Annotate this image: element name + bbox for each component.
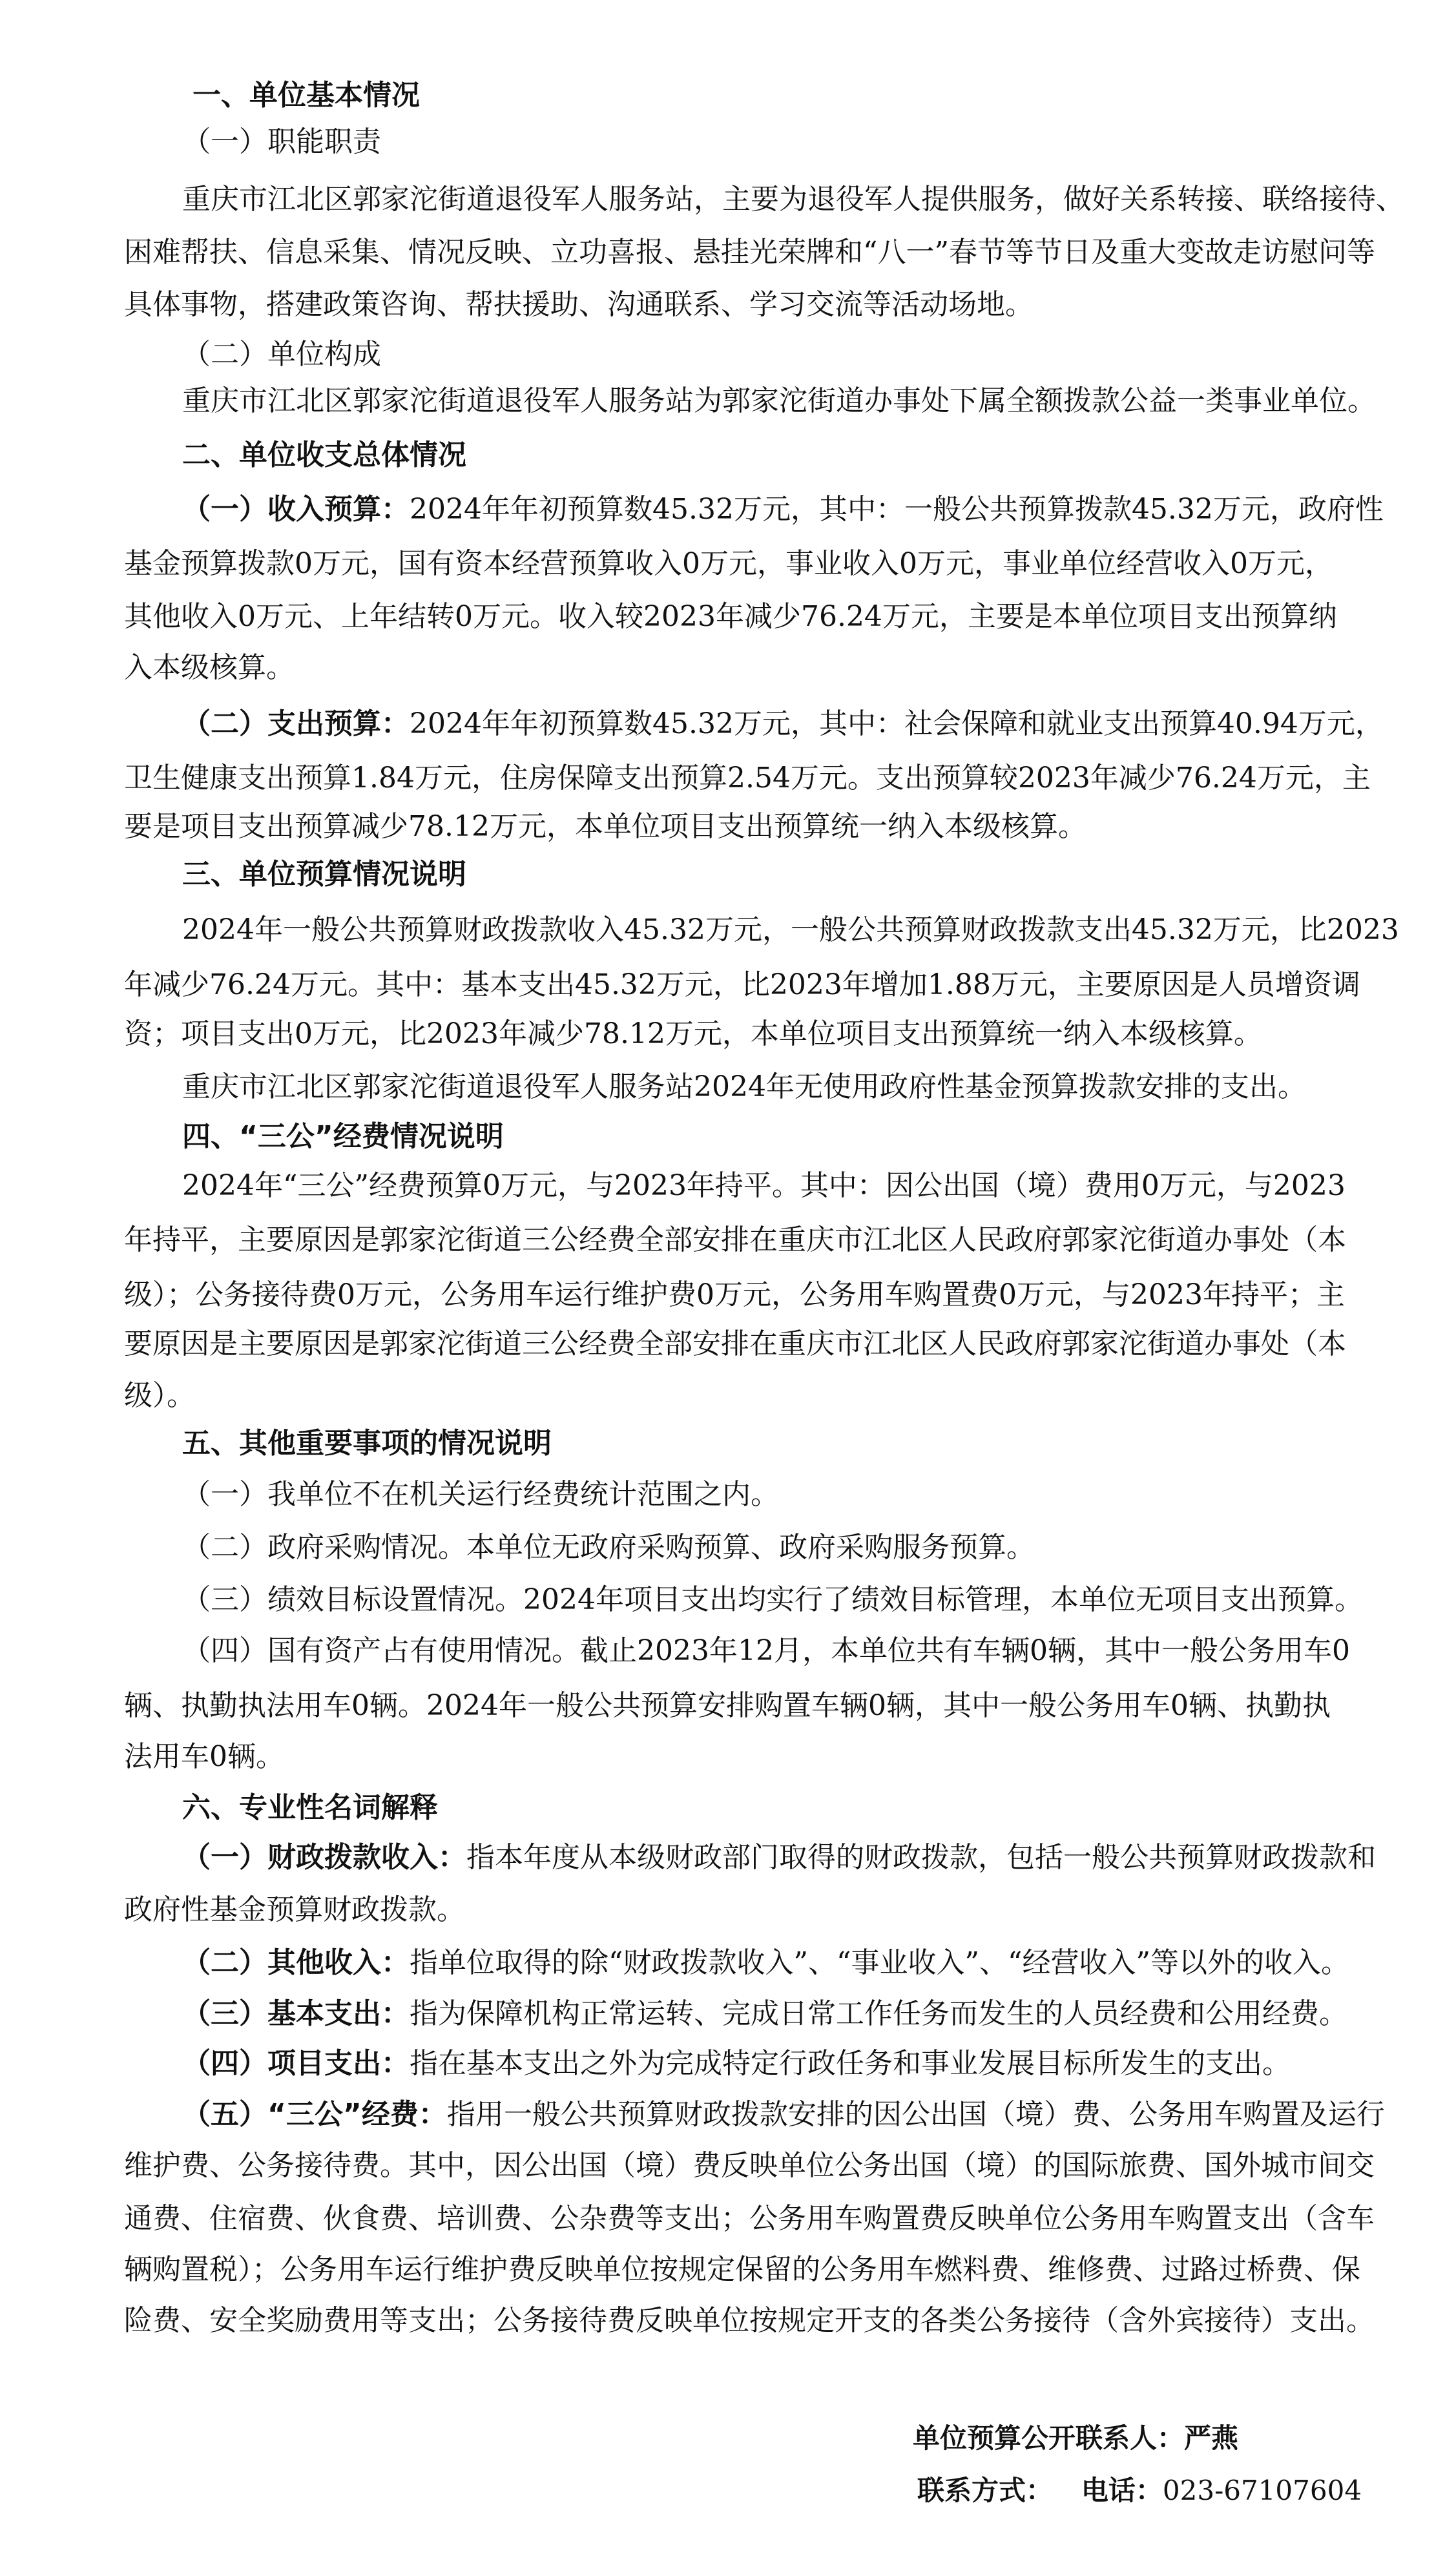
paragraph-line: 要是项目支出预算减少78.12万元，本单位项目支出预算统一纳入本级核算。 [124, 807, 1323, 846]
paragraph-line: 重庆市江北区郭家沱街道退役军人服务站，主要为退役军人提供服务，做好关系转接、联络… [182, 180, 1323, 219]
paragraph-line: 辆购置税）；公务用车运行维护费反映单位按规定保留的公务用车燃料费、维修费、过路过… [124, 2250, 1323, 2289]
paragraph-line: 年持平，主要原因是郭家沱街道三公经费全部安排在重庆市江北区人民政府郭家沱街道办事… [124, 1221, 1323, 1260]
section-1-title: 一、单位基本情况 [192, 76, 420, 115]
paragraph-line: （二）政府采购情况。本单位无政府采购预算、政府采购服务预算。 [182, 1528, 1323, 1567]
paragraph-line: 其他收入0万元、上年结转0万元。收入较2023年减少76.24万元，主要是本单位… [124, 597, 1323, 636]
expense-budget-lead: （二）支出预算： [182, 707, 410, 740]
paragraph-line: 卫生健康支出预算1.84万元，住房保障支出预算2.54万元。支出预算较2023年… [124, 759, 1323, 798]
contact-method: 联系方式： 电话：023-67107604 [917, 2471, 1362, 2510]
paragraph-line: 维护费、公务接待费。其中，因公出国（境）费反映单位公务出国（境）的国际旅费、国外… [124, 2146, 1323, 2185]
contact-phone: 023-67107604 [1163, 2475, 1362, 2506]
term-other-income: （二）其他收入：指单位取得的除“财政拨款收入”、“事业收入”、“经营收入”等以外… [182, 1944, 1323, 1982]
section-5-title: 五、其他重要事项的情况说明 [182, 1424, 552, 1463]
term-basic-expenditure: （三）基本支出：指为保障机构正常运转、完成日常工作任务而发生的人员经费和公用经费… [182, 1995, 1323, 2033]
paragraph-line: 通费、住宿费、伙食费、培训费、公杂费等支出；公务用车购置费反映单位公务用车购置支… [124, 2199, 1323, 2238]
paragraph-line: （一）我单位不在机关运行经费统计范围之内。 [182, 1475, 1323, 1514]
term-fiscal-appropriation: （一）财政拨款收入：指本年度从本级财政部门取得的财政拨款，包括一般公共预算财政拨… [182, 1838, 1323, 1877]
paragraph-line: 险费、安全奖励费用等支出；公务接待费反映单位按规定开支的各类公务接待（含外宾接待… [124, 2301, 1323, 2340]
paragraph-line: 级）。 [124, 1376, 1323, 1415]
paragraph-line: 困难帮扶、信息采集、情况反映、立功喜报、悬挂光荣牌和“八一”春节等节日及重大变故… [124, 233, 1323, 272]
paragraph-line: （二）支出预算：2024年年初预算数45.32万元，其中：社会保障和就业支出预算… [182, 705, 1323, 743]
paragraph-line: （四）国有资产占有使用情况。截止2023年12月，本单位共有车辆0辆，其中一般公… [182, 1632, 1323, 1670]
paragraph-line: 资；项目支出0万元，比2023年减少78.12万元，本单位项目支出预算统一纳入本… [124, 1015, 1323, 1054]
term-project-expenditure: （四）项目支出：指在基本支出之外为完成特定行政任务和事业发展目标所发生的支出。 [182, 2044, 1323, 2083]
section-6-title: 六、专业性名词解释 [182, 1789, 438, 1827]
paragraph-line: 2024年一般公共预算财政拨款收入45.32万元，一般公共预算财政拨款支出45.… [182, 911, 1323, 950]
section-2-title: 二、单位收支总体情况 [182, 436, 466, 475]
section-3-title: 三、单位预算情况说明 [182, 855, 466, 894]
paragraph-line: 法用车0辆。 [124, 1738, 1323, 1776]
contact-name: 严燕 [1184, 2422, 1238, 2454]
paragraph-line: 年减少76.24万元。其中：基本支出45.32万元，比2023年增加1.88万元… [124, 966, 1323, 1004]
paragraph-line: 辆、执勤执法用车0辆。2024年一般公共预算安排购置车辆0辆，其中一般公务用车0… [124, 1687, 1323, 1725]
paragraph-line: 基金预算拨款0万元，国有资本经营预算收入0万元，事业收入0万元，事业单位经营收入… [124, 545, 1323, 583]
section-4-title: 四、“三公”经费情况说明 [182, 1117, 504, 1156]
paragraph-line: 重庆市江北区郭家沱街道退役军人服务站为郭家沱街道办事处下属全额拨款公益一类事业单… [182, 382, 1323, 421]
contact-person: 单位预算公开联系人：严燕 [913, 2419, 1238, 2458]
paragraph-line: 具体事物，搭建政策咨询、帮扶援助、沟通联系、学习交流等活动场地。 [124, 286, 1323, 324]
paragraph-line: 级）；公务接待费0万元，公务用车运行维护费0万元，公务用车购置费0万元，与202… [124, 1276, 1323, 1314]
paragraph-line: （三）绩效目标设置情况。2024年项目支出均实行了绩效目标管理，本单位无项目支出… [182, 1581, 1323, 1619]
term-three-public-expenses: （五）“三公”经费：指用一般公共预算财政拨款安排的因公出国（境）费、公务用车购置… [182, 2095, 1323, 2134]
paragraph-line: 要原因是主要原因是郭家沱街道三公经费全部安排在重庆市江北区人民政府郭家沱街道办事… [124, 1325, 1323, 1364]
income-budget-lead: （一）收入预算： [182, 493, 410, 526]
paragraph-line: 重庆市江北区郭家沱街道退役军人服务站2024年无使用政府性基金预算拨款安排的支出… [182, 1068, 1323, 1106]
paragraph-line: （一）收入预算：2024年年初预算数45.32万元，其中：一般公共预算拨款45.… [182, 490, 1323, 529]
section-1-sub-1-title: （一）职能职责 [182, 123, 381, 161]
paragraph-line: 入本级核算。 [124, 649, 1323, 687]
paragraph-line: 政府性基金预算财政拨款。 [124, 1891, 1323, 1929]
paragraph-line: 2024年“三公”经费预算0万元，与2023年持平。其中：因公出国（境）费用0万… [182, 1167, 1323, 1205]
section-1-sub-2-title: （二）单位构成 [182, 335, 381, 374]
